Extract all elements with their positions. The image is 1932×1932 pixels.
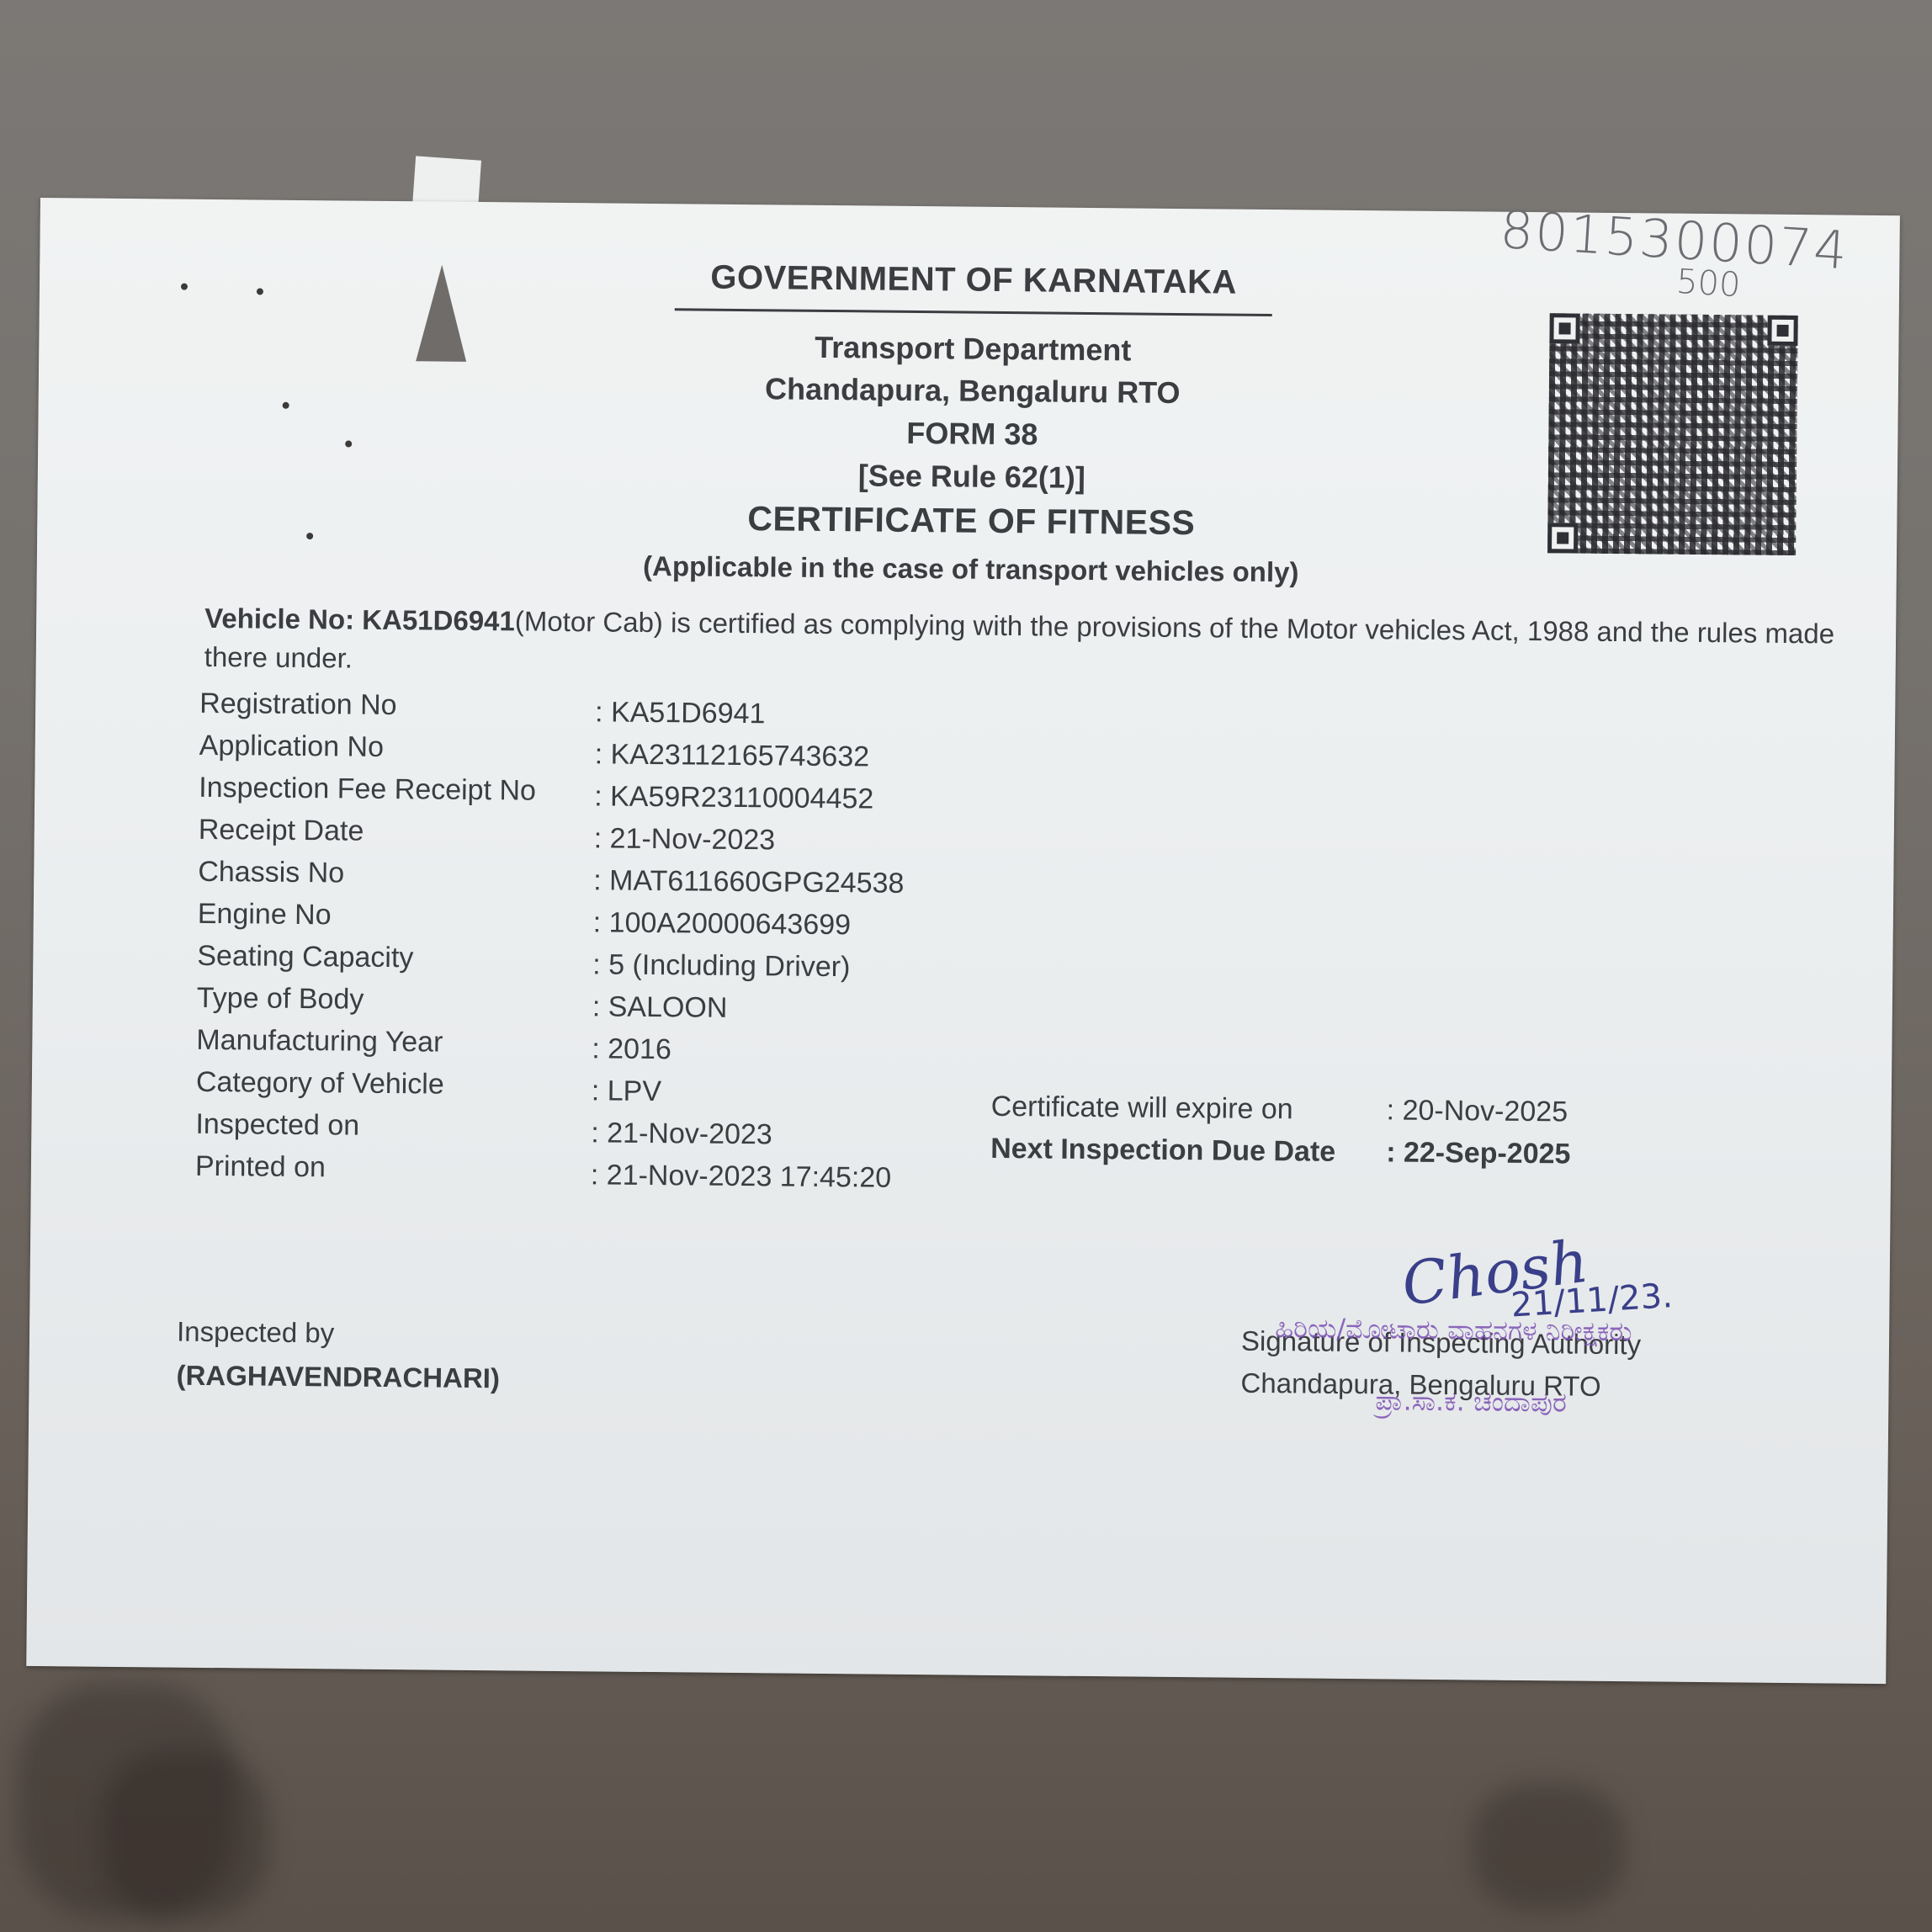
office-heading: Chandapura, Bengaluru RTO: [476, 369, 1469, 413]
field-value: : KA23112165743632: [594, 738, 869, 773]
field-value: : 21-Nov-2023: [594, 822, 776, 857]
rule-reference: [See Rule 62(1)]: [475, 454, 1468, 499]
field-label: Seating Capacity: [197, 940, 413, 974]
field-label: Inspection Fee Receipt No: [199, 772, 536, 808]
inspected-by-label: Inspected by: [177, 1310, 501, 1357]
field-label: Receipt Date: [199, 814, 364, 848]
torn-hole: [416, 264, 467, 362]
official-stamp-line2: ಪ್ರಾ.ಸಾ.ಕ. ಚಂದಾಪುರ: [1375, 1384, 1567, 1419]
field-value: : LPV: [592, 1075, 662, 1108]
official-stamp-line1: ಹಿರಿಯ/ಮೋಟಾರು ವಾಹನಗಳ ನಿರೀಕ್ಷಕರು: [1275, 1312, 1632, 1348]
certificate-subtitle: (Applicable in the case of transport veh…: [475, 549, 1468, 590]
field-label: Engine No: [198, 898, 332, 932]
field-value: : 21-Nov-2023: [591, 1117, 772, 1151]
qr-code-icon: [1547, 313, 1798, 555]
vehicle-number: Vehicle No: KA51D6941: [204, 602, 515, 637]
inspected-by-block: Inspected by (RAGHAVENDRACHARI): [176, 1310, 500, 1401]
fitness-certificate: 8015300074 500 GOVERNMENT OF KARNATAKA T…: [26, 198, 1900, 1684]
pin-hole: [181, 284, 188, 290]
field-label: Manufacturing Year: [196, 1024, 443, 1059]
handwritten-number: 8015300074: [1499, 199, 1850, 282]
field-value: : 2016: [592, 1032, 671, 1066]
government-heading: GOVERNMENT OF KARNATAKA: [675, 258, 1273, 316]
department-heading: Transport Department: [476, 326, 1469, 371]
pin-hole: [283, 402, 289, 409]
vehicle-details: Registration No: KA51D6941Application No…: [195, 687, 200, 1192]
field-label: Registration No: [199, 687, 397, 722]
field-label: Type of Body: [197, 982, 364, 1016]
field-label: Certificate will expire on: [990, 1091, 1292, 1126]
field-label: Chassis No: [198, 856, 344, 890]
field-value: : KA51D6941: [595, 696, 766, 730]
form-number: FORM 38: [475, 411, 1468, 456]
field-value: : 100A20000643699: [593, 906, 852, 942]
field-value: : SALOON: [592, 990, 728, 1025]
field-value: : 21-Nov-2023 17:45:20: [591, 1159, 892, 1194]
validity-details: Certificate will expire on : 20-Nov-2025…: [990, 1091, 991, 1175]
handwritten-amount: 500: [1675, 263, 1742, 305]
inspector-name: (RAGHAVENDRACHARI): [176, 1354, 500, 1401]
pin-hole: [345, 440, 352, 447]
field-value: : 22-Sep-2025: [1386, 1136, 1571, 1170]
field-value: : KA59R23110004452: [594, 780, 873, 815]
pin-hole: [306, 533, 313, 539]
field-label: Printed on: [195, 1150, 326, 1184]
field-value: : MAT611660GPG24538: [593, 864, 905, 900]
pin-hole: [257, 288, 263, 295]
field-value: : 20-Nov-2025: [1386, 1094, 1568, 1128]
certificate-title: CERTIFICATE OF FITNESS: [475, 496, 1468, 545]
field-value: : 5 (Including Driver): [592, 948, 850, 984]
field-label: Inspected on: [195, 1108, 359, 1143]
field-label: Category of Vehicle: [196, 1066, 444, 1101]
field-label: Next Inspection Due Date: [990, 1133, 1335, 1169]
certification-statement: Vehicle No: KA51D6941(Motor Cab) is cert…: [204, 599, 1838, 693]
field-label: Application No: [199, 730, 385, 764]
